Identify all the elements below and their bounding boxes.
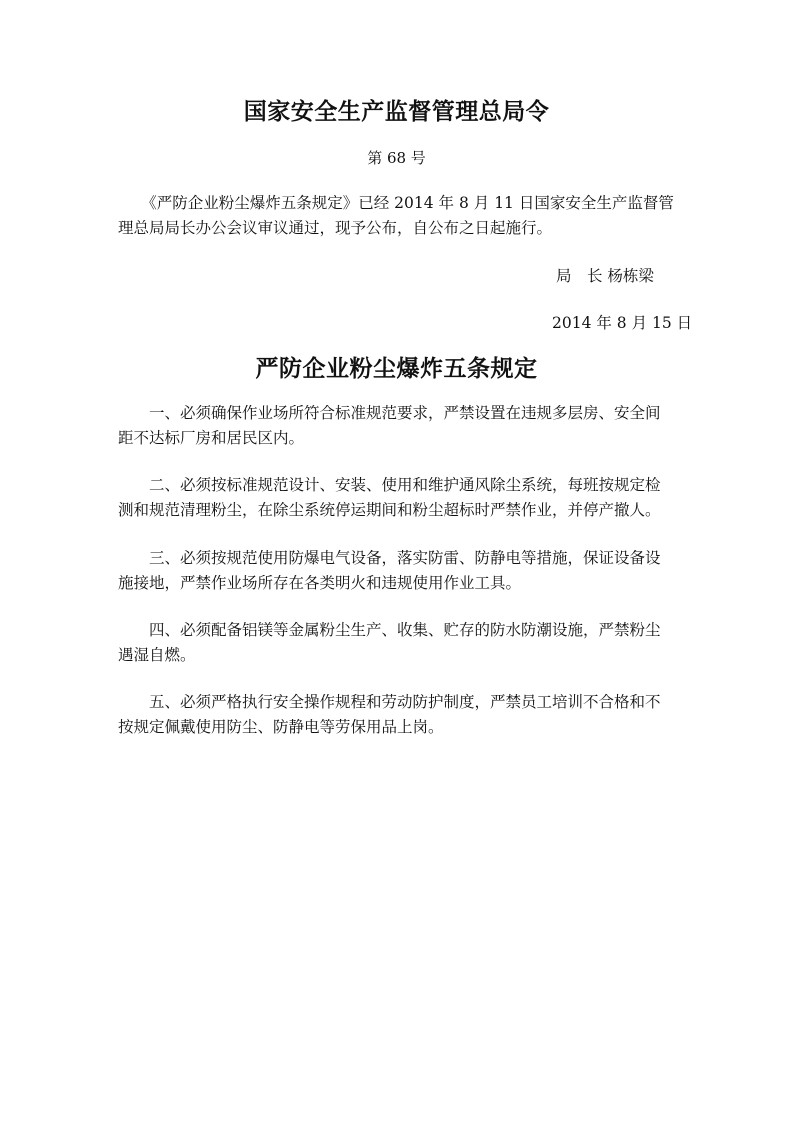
article-line: 三、必须按规范使用防爆电气设备，落实防雷、防静电等措施，保证设备设 <box>118 545 678 571</box>
article-line: 遇湿自燃。 <box>118 642 678 668</box>
order-number: 第 68 号 <box>0 147 793 168</box>
order-title: 国家安全生产监督管理总局令 <box>0 93 793 126</box>
order-date: 2014 年 8 月 15 日 <box>552 311 692 333</box>
preamble-line: 《严防企业粉尘爆炸五条规定》已经 2014 年 8 月 11 日国家安全生产监督… <box>118 190 678 216</box>
signature: 局 长 杨栋梁 <box>556 264 654 286</box>
article-line: 按规定佩戴使用防尘、防静电等劳保用品上岗。 <box>118 714 678 740</box>
article-line: 四、必须配备铝镁等金属粉尘生产、收集、贮存的防水防潮设施，严禁粉尘 <box>118 617 678 643</box>
article-line: 施接地，严禁作业场所存在各类明火和违规使用作业工具。 <box>118 570 678 596</box>
article-line: 二、必须按标准规范设计、安装、使用和维护通风除尘系统，每班按规定检 <box>118 472 678 498</box>
preamble-line: 理总局局长办公会议审议通过，现予公布，自公布之日起施行。 <box>118 215 678 241</box>
article-line: 五、必须严格执行安全操作规程和劳动防护制度，严禁员工培训不合格和不 <box>118 689 678 715</box>
article-line: 距不达标厂房和居民区内。 <box>118 425 678 451</box>
article-line: 测和规范清理粉尘，在除尘系统停运期间和粉尘超标时严禁作业，并停产撤人。 <box>118 497 678 523</box>
regulation-title: 严防企业粉尘爆炸五条规定 <box>0 350 793 383</box>
article-line: 一、必须确保作业场所符合标准规范要求，严禁设置在违规多层房、安全间 <box>118 400 678 426</box>
